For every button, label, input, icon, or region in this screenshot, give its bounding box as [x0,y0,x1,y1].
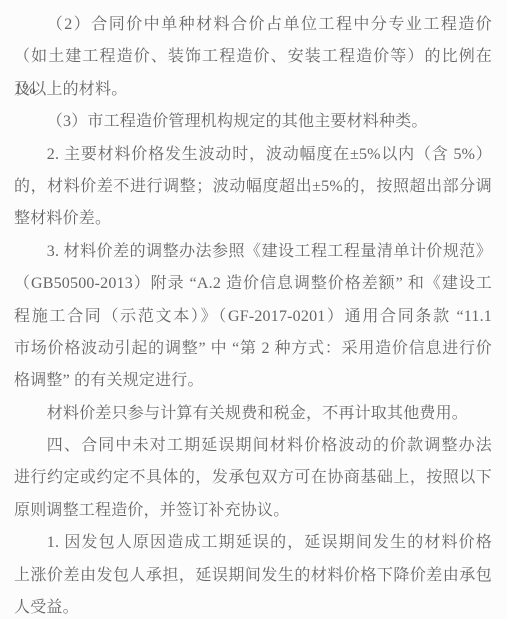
text-line: 材料价差只参与计算有关规费和税金，不再计取其他费用。 [14,398,492,430]
text-line: 1. 因发包人原因造成工期延误的，延误期间发生的材料价格 [14,527,492,559]
text-line: 程施工合同（示范文本）》（GF-2017-0201）通用合同条款 “11.1 [14,301,492,333]
document-page: （2）合同价中单种材料合价占单位工程中分专业工程造价 （如土建工程造价、装饰工程… [0,0,507,619]
text-line: 整材料价差。 [14,203,492,235]
text-line: 市场价格波动引起的调整” 中 “第 2 种方式：采用造价信息进行价 [14,333,492,365]
text-line: 进行约定或约定不具体的，发承包双方可在协商基础上，按照以下 [14,462,492,494]
text-line: 上涨价差由发包人承担，延误期间发生的材料价格下降价差由承包 [14,560,492,592]
text-line: 2. 主要材料价格发生波动时，波动幅度在±5%以内（含 5%） [14,139,492,171]
text-line: 的，材料价差不进行调整；波动幅度超出±5%的，按照超出部分调 [14,171,492,203]
text-line: （2）合同价中单种材料合价占单位工程中分专业工程造价 [14,9,492,41]
text-line: 格调整” 的有关规定进行。 [14,365,492,397]
text-line: 及以上的材料。 [14,74,492,106]
text-line: （GB50500-2013）附录 “A.2 造价信息调整价格差额” 和《建设工 [14,268,492,300]
text-line: （3）市工程造价管理机构规定的其他主要材料种类。 [14,106,492,138]
text-line: 人受益。 [14,592,492,619]
text-line: 3. 材料价差的调整办法参照《建设工程工程量清单计价规范》 [14,236,492,268]
text-line: （如土建工程造价、装饰工程造价、安装工程造价等）的比例在 1% [14,41,492,73]
text-line: 原则调整工程造价，并签订补充协议。 [14,495,492,527]
text-line: 四、合同中未对工期延误期间材料价格波动的价款调整办法 [14,430,492,462]
